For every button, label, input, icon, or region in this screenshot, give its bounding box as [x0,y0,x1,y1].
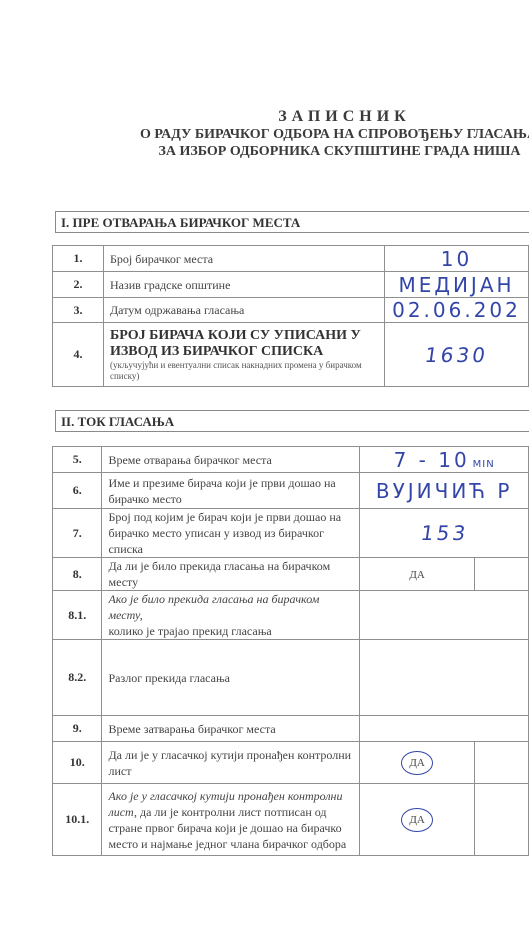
table-row: 5. Време отварања бирачког места 7 - 10 … [53,447,529,473]
row-number: 3. [53,298,104,323]
interruption-duration-field[interactable] [360,591,529,640]
row-number: 8.1. [53,591,102,640]
row-label: Назив градске општине [104,272,385,298]
polling-station-number-field[interactable]: 10 [385,246,529,272]
row-number: 9. [53,716,102,742]
table-row: 8.2. Разлог прекида гласања [53,640,529,716]
row-label: Број бирачког места [104,246,385,272]
section-1-table: 1. Број бирачког места 10 2. Назив градс… [52,245,529,387]
control-sheet-found-no-option[interactable] [474,742,528,784]
interruption-no-option[interactable] [474,558,528,591]
row-label: Разлог прекида гласања [102,640,360,716]
row-label: БРОЈ БИРАЧА КОЈИ СУ УПИСАНИ У ИЗВОД ИЗ Б… [104,323,385,387]
circled-yes-mark: ДА [401,751,432,775]
registered-voters-note: (укључујући и евентуални списак накнадни… [110,360,378,382]
registered-voters-label: БРОЈ БИРАЧА КОЈИ СУ УПИСАНИ У ИЗВОД ИЗ Б… [110,328,378,360]
control-sheet-signed-no-option[interactable] [474,784,528,856]
table-row: 3. Датум одржавања гласања 02.06.202 [53,298,529,323]
table-row: 2. Назив градске општине МЕДИЈАН [53,272,529,298]
row-label: Да ли је у гласачкој кутији пронађен кон… [102,742,360,784]
row-number: 2. [53,272,104,298]
interruption-yes-option[interactable]: ДА [360,558,475,591]
table-row: 7. Број под којим је бирач који је први … [53,509,529,558]
table-row: 4. БРОЈ БИРАЧА КОЈИ СУ УПИСАНИ У ИЗВОД И… [53,323,529,387]
table-row: 10. Да ли је у гласачкој кутији пронађен… [53,742,529,784]
table-row: 9. Време затварања бирачког места [53,716,529,742]
section-1-heading: I. ПРЕ ОТВАРАЊА БИРАЧКОГ МЕСТА [55,211,529,233]
row-label: Да ли је било прекида гласања на бирачко… [102,558,360,591]
table-row: 1. Број бирачког места 10 [53,246,529,272]
row-number: 8.2. [53,640,102,716]
voting-date-field[interactable]: 02.06.202 [385,298,529,323]
closing-time-field[interactable] [360,716,529,742]
municipality-name-field[interactable]: МЕДИЈАН [385,272,529,298]
control-sheet-found-yes-option[interactable]: ДА [360,742,475,784]
table-row: 8.1. Ако је било прекида гласања на бира… [53,591,529,640]
registered-voters-field[interactable]: 1630 [385,323,529,387]
table-row: 8. Да ли је било прекида гласања на бира… [53,558,529,591]
row-label: Ако је било прекида гласања на бирачком … [102,591,360,640]
row-number: 1. [53,246,104,272]
row-label: Име и презиме бирача који је први дошао … [102,473,360,509]
row-number: 8. [53,558,102,591]
row-number: 5. [53,447,102,473]
document-title-block: ЗАПИСНИК О РАДУ БИРАЧКОГ ОДБОРА НА СПРОВ… [100,108,529,160]
row-label: Време затварања бирачког места [102,716,360,742]
row-label: Ако је у гласачкој кутији пронађен контр… [102,784,360,856]
row-number: 4. [53,323,104,387]
row-label: Време отварања бирачког места [102,447,360,473]
row-label: Број под којим је бирач који је први дош… [102,509,360,558]
interruption-reason-field[interactable] [360,640,529,716]
circled-yes-mark: ДА [401,808,432,832]
row-number: 10. [53,742,102,784]
section-2-table: 5. Време отварања бирачког места 7 - 10 … [52,446,529,856]
row-number: 10.1. [53,784,102,856]
document-subtitle-1: О РАДУ БИРАЧКОГ ОДБОРА НА СПРОВОЂЕЊУ ГЛА… [140,126,529,143]
row-number: 7. [53,509,102,558]
section-2-heading: II. ТОК ГЛАСАЊА [55,410,529,432]
row-label: Датум одржавања гласања [104,298,385,323]
first-voter-name-field[interactable]: ВУЈИЧИЋ Р [360,473,529,509]
table-row: 6. Име и презиме бирача који је први дош… [53,473,529,509]
first-voter-number-field[interactable]: 153 [360,509,529,558]
row-number: 6. [53,473,102,509]
document-subtitle-2: ЗА ИЗБОР ОДБОРНИКА СКУПШТИНЕ ГРАДА НИША [150,143,529,160]
opening-time-field[interactable]: 7 - 10 MIN [360,447,529,473]
control-sheet-signed-yes-option[interactable]: ДА [360,784,475,856]
table-row: 10.1. Ако је у гласачкој кутији пронађен… [53,784,529,856]
document-title: ЗАПИСНИК [160,108,529,126]
